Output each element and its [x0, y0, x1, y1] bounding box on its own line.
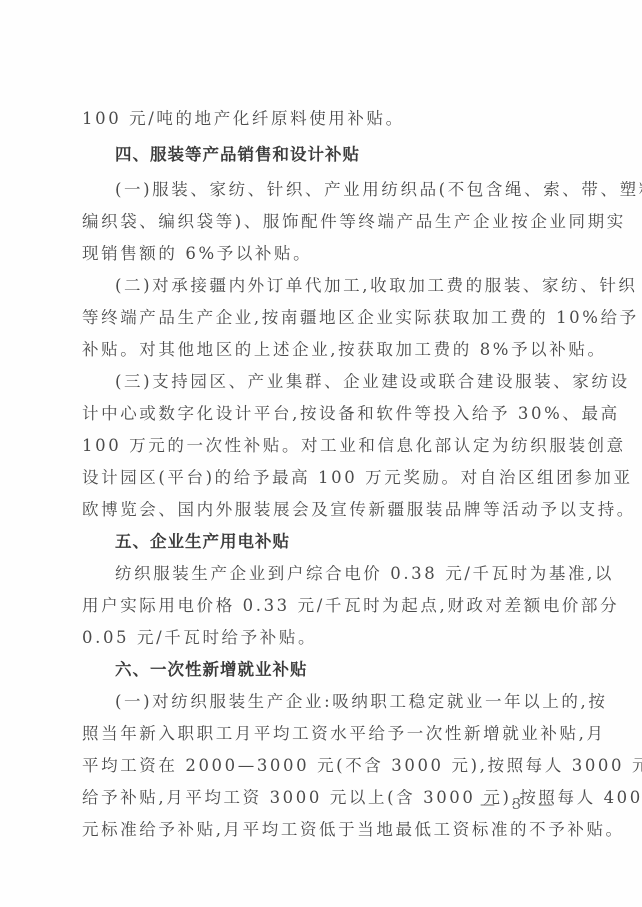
- paragraph-line: 100 元/吨的地产化纤原料使用补贴。: [82, 109, 562, 129]
- paragraph-line: 平均工资在 2000—3000 元(不含 3000 元),按照每人 3000 元…: [82, 756, 562, 776]
- paragraph-line: 现销售额的 6%予以补贴。: [82, 244, 562, 264]
- paragraph-line: 100 万元的一次性补贴。对工业和信息化部认定为纺织服装创意: [82, 436, 562, 456]
- section-heading-4: 四、服装等产品销售和设计补贴: [115, 145, 360, 165]
- paragraph-line: 等终端产品生产企业,按南疆地区企业实际获取加工费的 10%给予: [82, 308, 562, 328]
- section-heading-6: 六、一次性新增就业补贴: [115, 660, 308, 680]
- paragraph-line: 0.05 元/千瓦时给予补贴。: [82, 628, 562, 648]
- section-heading-5: 五、企业生产用电补贴: [115, 532, 290, 552]
- page-number: — 3 —: [480, 795, 559, 813]
- paragraph-line: 设计园区(平台)的给予最高 100 万元奖励。对自治区组团参加亚: [82, 468, 562, 488]
- paragraph-line: 用户实际用电价格 0.33 元/千瓦时为起点,财政对差额电价部分: [82, 596, 562, 616]
- paragraph-line: (三)支持园区、产业集群、企业建设或联合建设服装、家纺设: [115, 372, 562, 392]
- paragraph-line: 补贴。对其他地区的上述企业,按获取加工费的 8%予以补贴。: [82, 340, 562, 360]
- paragraph-line: 纺织服装生产企业到户综合电价 0.38 元/千瓦时为基准,以: [115, 564, 562, 584]
- paragraph-line: (一)服装、家纺、针织、产业用纺织品(不包含绳、索、带、塑料: [115, 180, 562, 200]
- paragraph-line: 元标准给予补贴,月平均工资低于当地最低工资标准的不予补贴。: [82, 820, 562, 840]
- document-page: 100 元/吨的地产化纤原料使用补贴。 四、服装等产品销售和设计补贴 (一)服装…: [0, 0, 642, 907]
- paragraph-line: (二)对承接疆内外订单代加工,收取加工费的服装、家纺、针织: [115, 276, 562, 296]
- paragraph-line: 照当年新入职职工月平均工资水平给予一次性新增就业补贴,月: [82, 724, 562, 744]
- paragraph-line: 欧博览会、国内外服装展会及宣传新疆服装品牌等活动予以支持。: [82, 500, 562, 520]
- paragraph-line: 计中心或数字化设计平台,按设备和软件等投入给予 30%、最高: [82, 404, 562, 424]
- paragraph-line: (一)对纺织服装生产企业:吸纳职工稳定就业一年以上的,按: [115, 692, 562, 712]
- paragraph-line: 编织袋、编织袋等)、服饰配件等终端产品生产企业按企业同期实: [82, 212, 562, 232]
